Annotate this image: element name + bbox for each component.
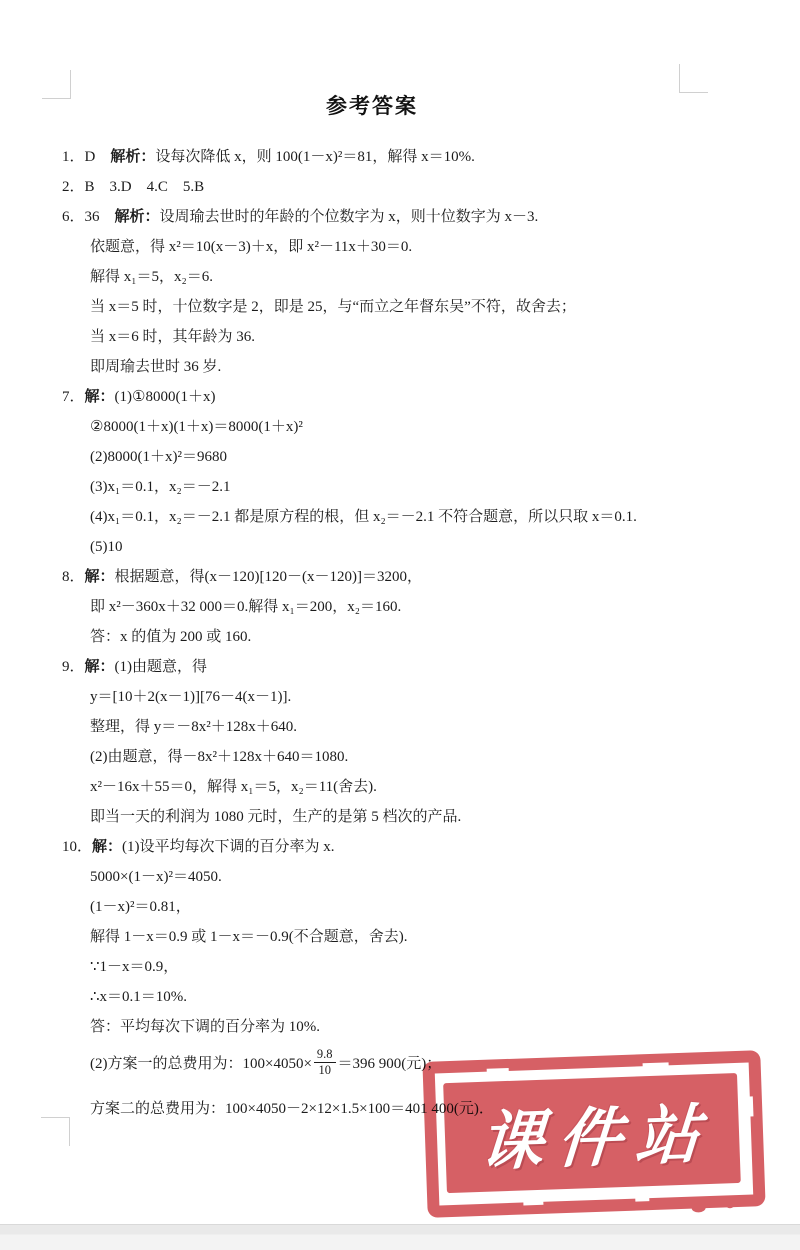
document-line: (1－x)²＝0.81， [62,892,682,922]
document-line: 依题意，得 x²＝10(x－3)＋x，即 x²－11x＋30＝0. [62,232,682,262]
document-line: ∵1－x＝0.9， [62,952,682,982]
document-line: 9．解：(1)由题意，得 [62,652,682,682]
document-line: 6．36 解析：设周瑜去世时的年龄的个位数字为 x，则十位数字为 x－3. [62,202,682,232]
document-line: ∴x＝0.1＝10%. [62,982,682,1012]
document-line: 当 x＝6 时，其年龄为 36. [62,322,682,352]
document-line: (4)x₁＝0.1，x₂＝－2.1 都是原方程的根，但 x₂＝－2.1 不符合题… [62,502,682,532]
stamp-ink-speck [725,1200,734,1208]
document-line: 1．D 解析：设每次降低 x，则 100(1－x)²＝81，解得 x＝10%. [62,142,682,172]
document-line: 即周瑜去世时 36 岁. [62,352,682,382]
stamp-border-gap [523,1189,544,1206]
document-line: 即当一天的利润为 1080 元时，生产的是第 5 档次的产品. [62,802,682,832]
stamp-inner-panel: 课件站 [443,1073,741,1193]
document-line: x²－16x＋55＝0，解得 x₁＝5，x₂＝11(舍去). [62,772,682,802]
document-line: 答：x 的值为 200 或 160. [62,622,682,652]
document-title: 参考答案 [62,90,682,120]
document-line: (2)由题意，得－8x²＋128x＋640＝1080. [62,742,682,772]
document-line: 10．解：(1)设平均每次下调的百分率为 x. [62,832,682,862]
stamp-border-gap [737,1096,754,1117]
document-line: 5000×(1－x)²＝4050. [62,862,682,892]
document-line: 即 x²－360x＋32 000＝0.解得 x₁＝200，x₂＝160. [62,592,682,622]
fraction: 9.810 [314,1048,336,1077]
stamp-ink-speck [691,1203,705,1212]
document-line: 答：平均每次下调的百分率为 10%. [62,1012,682,1042]
page-corner-mark-top-right [679,64,708,93]
document-line: 7．解：(1)①8000(1＋x) [62,382,682,412]
document-lines: 1．D 解析：设每次降低 x，则 100(1－x)²＝81，解得 x＝10%.2… [62,142,682,1124]
document-line: 解得 1－x＝0.9 或 1－x＝－0.9(不合题意，舍去). [62,922,682,952]
stamp-text: 课件站 [467,1083,717,1184]
kejianzhan-stamp: 课件站 [422,1050,765,1218]
document-line: 当 x＝5 时，十位数字是 2，即是 25，与“而立之年督东吴”不符，故舍去； [62,292,682,322]
document-line: (3)x₁＝0.1，x₂＝－2.1 [62,472,682,502]
document-line: 2．B 3.D 4.C 5.B [62,172,682,202]
document-page[interactable]: 参考答案 1．D 解析：设每次降低 x，则 100(1－x)²＝81，解得 x＝… [62,80,682,1124]
document-line: 8．解：根据题意，得(x－120)[120－(x－120)]＝3200， [62,562,682,592]
window-bottom-bar [0,1224,800,1250]
document-line: y＝[10＋2(x－1)][76－4(x－1)]. [62,682,682,712]
document-line: ②8000(1＋x)(1＋x)＝8000(1＋x)² [62,412,682,442]
stamp-border-gap [635,1186,650,1201]
document-line: (5)10 [62,532,682,562]
document-line: 整理，得 y＝－8x²＋128x＋640. [62,712,682,742]
document-line: 解得 x₁＝5，x₂＝6. [62,262,682,292]
document-line: (2)8000(1＋x)²＝9680 [62,442,682,472]
